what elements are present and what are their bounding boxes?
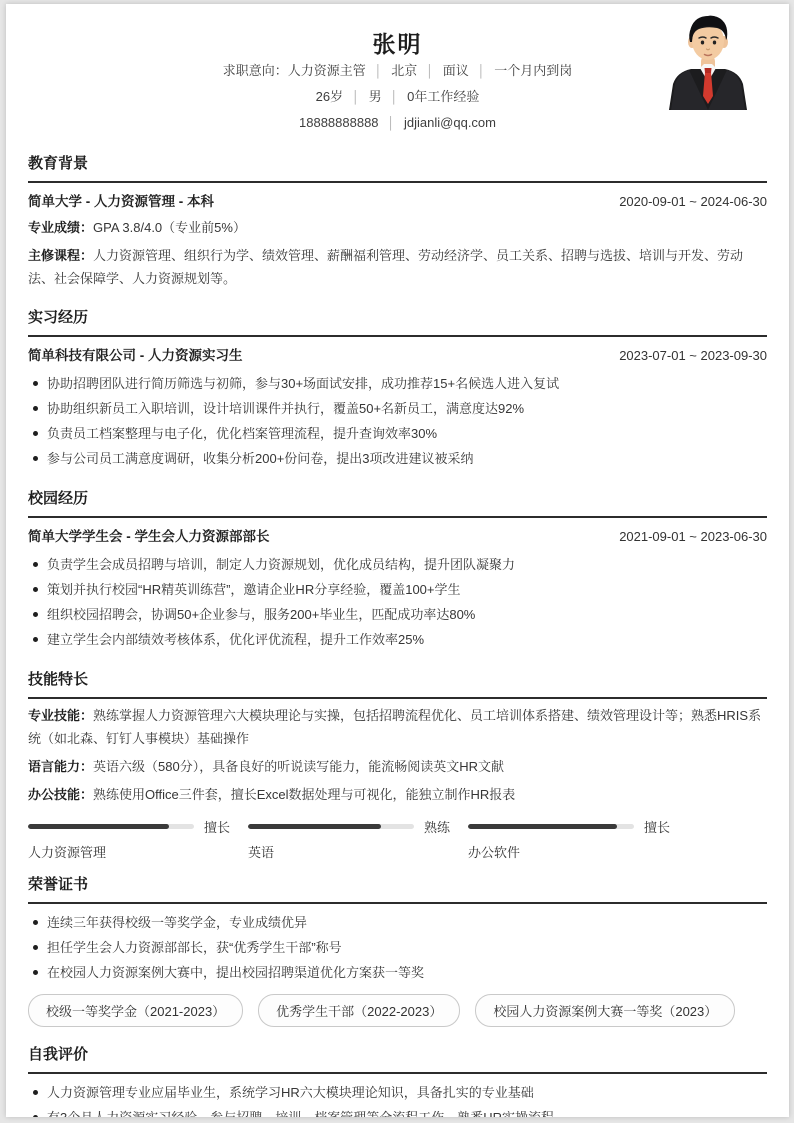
section-campus: 校园经历 简单大学学生会 - 学生会人力资源部部长 2021-09-01 ~ 2… bbox=[28, 489, 767, 652]
campus-bullet-list: 负责学生会成员招聘与培训，制定人力资源规划，优化成员结构，提升团队凝聚力 策划并… bbox=[28, 552, 767, 652]
skill-bar-track bbox=[468, 824, 634, 829]
section-education: 教育背景 简单大学 - 人力资源管理 - 本科 2020-09-01 ~ 202… bbox=[28, 154, 767, 290]
list-item: 建立学生会内部绩效考核体系，优化评优流程，提升工作效率25% bbox=[28, 627, 767, 652]
skill-bar-fill bbox=[28, 824, 169, 829]
skill-bar-office: 擅长 办公软件 bbox=[468, 818, 688, 861]
skill-level-label: 擅长 bbox=[204, 817, 230, 836]
skills-language-row: 语言能力：英语六级（580分），具备良好的听说读写能力，能流畅阅读英文HR文献 bbox=[28, 755, 767, 778]
job-intention-availability: 一个月内到岗 bbox=[494, 63, 572, 78]
job-intention-line: 求职意向：人力资源主管│北京│面议│一个月内到岗 bbox=[28, 58, 767, 84]
skills-language-text: 英语六级（580分），具备良好的听说读写能力，能流畅阅读英文HR文献 bbox=[93, 759, 504, 774]
education-entry-head: 简单大学 - 人力资源管理 - 本科 2020-09-01 ~ 2024-06-… bbox=[28, 193, 767, 211]
age: 26岁 bbox=[316, 89, 343, 104]
list-item: 连续三年获得校级一等奖学金，专业成绩优异 bbox=[28, 910, 767, 935]
candidate-name: 张明 bbox=[28, 31, 767, 58]
separator: │ bbox=[426, 64, 434, 78]
separator: │ bbox=[352, 90, 360, 104]
list-item: 在校园人力资源案例大赛中，提出校园招聘渠道优化方案获一等奖 bbox=[28, 960, 767, 985]
skills-office-label: 办公技能： bbox=[28, 787, 93, 802]
skill-bar-track bbox=[28, 824, 194, 829]
section-title-campus: 校园经历 bbox=[28, 489, 767, 518]
list-item: 负责员工档案整理与电子化，优化档案管理流程，提升查询效率30% bbox=[28, 421, 767, 446]
list-item: 策划并执行校园“HR精英训练营”，邀请企业HR分享经验，覆盖100+学生 bbox=[28, 577, 767, 602]
gender: 男 bbox=[369, 89, 382, 104]
skills-office-row: 办公技能：熟练使用Office三件套，擅长Excel数据处理与可视化，能独立制作… bbox=[28, 783, 767, 806]
education-gpa-value: GPA 3.8/4.0（专业前5%） bbox=[93, 220, 246, 235]
education-gpa-row: 专业成绩：GPA 3.8/4.0（专业前5%） bbox=[28, 216, 767, 239]
section-title-honors: 荣誉证书 bbox=[28, 875, 767, 904]
skill-level-label: 擅长 bbox=[644, 817, 670, 836]
section-title-skills: 技能特长 bbox=[28, 670, 767, 699]
job-intention-city: 北京 bbox=[391, 63, 417, 78]
internship-bullet-list: 协助招聘团队进行简历筛选与初筛，参与30+场面试安排，成功推荐15+名候选人进入… bbox=[28, 371, 767, 471]
skill-level-label: 熟练 bbox=[424, 817, 450, 836]
section-title-education: 教育背景 bbox=[28, 154, 767, 183]
list-item: 组织校园招聘会，协调50+企业参与，服务200+毕业生，匹配成功率达80% bbox=[28, 602, 767, 627]
list-item: 协助组织新员工入职培训，设计培训课件并执行，覆盖50+名新员工，满意度达92% bbox=[28, 396, 767, 421]
resume-page: 张明 求职意向：人力资源主管│北京│面议│一个月内到岗 26岁│男│0年工作经验… bbox=[6, 4, 789, 1117]
education-courses-label: 主修课程： bbox=[28, 248, 93, 263]
campus-entry-date: 2021-09-01 ~ 2023-06-30 bbox=[619, 528, 767, 546]
skill-name: 人力资源管理 bbox=[28, 842, 248, 861]
education-entry-date: 2020-09-01 ~ 2024-06-30 bbox=[619, 193, 767, 211]
education-courses-value: 人力资源管理、组织行为学、绩效管理、薪酬福利管理、劳动经济学、员工关系、招聘与选… bbox=[28, 248, 743, 286]
list-item: 参与公司员工满意度调研，收集分析200+份问卷，提出3项改进建议被采纳 bbox=[28, 446, 767, 471]
honor-badge: 校级一等奖学金（2021-2023） bbox=[28, 994, 243, 1027]
separator: │ bbox=[391, 90, 399, 104]
job-intention-label: 求职意向： bbox=[223, 63, 288, 78]
list-item: 协助招聘团队进行简历筛选与初筛，参与30+场面试安排，成功推荐15+名候选人进入… bbox=[28, 371, 767, 396]
skill-bar-row: 熟练 bbox=[248, 818, 468, 834]
campus-entry-head: 简单大学学生会 - 学生会人力资源部部长 2021-09-01 ~ 2023-0… bbox=[28, 528, 767, 546]
section-self-evaluation: 自我评价 人力资源管理专业应届毕业生，系统学习HR六大模块理论知识，具备扎实的专… bbox=[28, 1045, 767, 1117]
skill-bar-row: 擅长 bbox=[28, 818, 248, 834]
campus-entry-title: 简单大学学生会 - 学生会人力资源部部长 bbox=[28, 528, 270, 546]
list-item: 人力资源管理专业应届毕业生，系统学习HR六大模块理论知识，具备扎实的专业基础 bbox=[28, 1080, 767, 1105]
separator: │ bbox=[478, 64, 486, 78]
section-internship: 实习经历 简单科技有限公司 - 人力资源实习生 2023-07-01 ~ 202… bbox=[28, 308, 767, 471]
list-item: 担任学生会人力资源部部长，获“优秀学生干部”称号 bbox=[28, 935, 767, 960]
job-intention-position: 人力资源主管 bbox=[288, 63, 366, 78]
education-entry-title: 简单大学 - 人力资源管理 - 本科 bbox=[28, 193, 214, 211]
education-gpa-label: 专业成绩： bbox=[28, 220, 93, 235]
personal-info-line: 26岁│男│0年工作经验 bbox=[28, 84, 767, 110]
skill-bar-fill bbox=[468, 824, 617, 829]
skills-language-label: 语言能力： bbox=[28, 759, 93, 774]
section-skills: 技能特长 专业技能：熟练掌握人力资源管理六大模块理论与实操，包括招聘流程优化、员… bbox=[28, 670, 767, 861]
skill-bar-hr: 擅长 人力资源管理 bbox=[28, 818, 248, 861]
skill-name: 办公软件 bbox=[468, 842, 688, 861]
separator: │ bbox=[375, 64, 383, 78]
skill-bar-track bbox=[248, 824, 414, 829]
skill-name: 英语 bbox=[248, 842, 468, 861]
internship-entry-title: 简单科技有限公司 - 人力资源实习生 bbox=[28, 347, 243, 365]
section-honors: 荣誉证书 连续三年获得校级一等奖学金，专业成绩优异 担任学生会人力资源部部长，获… bbox=[28, 875, 767, 1027]
evaluation-bullet-list: 人力资源管理专业应届毕业生，系统学习HR六大模块理论知识，具备扎实的专业基础 有… bbox=[28, 1080, 767, 1117]
internship-entry-head: 简单科技有限公司 - 人力资源实习生 2023-07-01 ~ 2023-09-… bbox=[28, 347, 767, 365]
resume-header: 张明 求职意向：人力资源主管│北京│面议│一个月内到岗 26岁│男│0年工作经验… bbox=[28, 4, 767, 136]
honor-badge: 校园人力资源案例大赛一等奖（2023） bbox=[475, 994, 735, 1027]
skills-office-text: 熟练使用Office三件套，擅长Excel数据处理与可视化，能独立制作HR报表 bbox=[93, 787, 515, 802]
section-title-self-evaluation: 自我评价 bbox=[28, 1045, 767, 1074]
skills-professional-text: 熟练掌握人力资源管理六大模块理论与实操，包括招聘流程优化、员工培训体系搭建、绩效… bbox=[28, 708, 761, 746]
skill-bar-row: 擅长 bbox=[468, 818, 688, 834]
portrait-photo bbox=[659, 4, 757, 110]
work-experience: 0年工作经验 bbox=[407, 89, 479, 104]
skill-bars: 擅长 人力资源管理 熟练 英语 擅长 办公软件 bbox=[28, 818, 767, 861]
skill-bar-fill bbox=[248, 824, 381, 829]
section-title-internship: 实习经历 bbox=[28, 308, 767, 337]
internship-entry-date: 2023-07-01 ~ 2023-09-30 bbox=[619, 347, 767, 365]
phone-number: 18888888888 bbox=[299, 115, 379, 130]
list-item: 有3个月人力资源实习经验，参与招聘、培训、档案管理等全流程工作，熟悉HR实操流程 bbox=[28, 1105, 767, 1117]
skill-bar-english: 熟练 英语 bbox=[248, 818, 468, 861]
honor-badges: 校级一等奖学金（2021-2023） 优秀学生干部（2022-2023） 校园人… bbox=[28, 994, 767, 1027]
skills-professional-label: 专业技能： bbox=[28, 708, 93, 723]
skills-professional-row: 专业技能：熟练掌握人力资源管理六大模块理论与实操，包括招聘流程优化、员工培训体系… bbox=[28, 704, 767, 750]
education-courses-row: 主修课程：人力资源管理、组织行为学、绩效管理、薪酬福利管理、劳动经济学、员工关系… bbox=[28, 244, 767, 290]
list-item: 负责学生会成员招聘与培训，制定人力资源规划，优化成员结构，提升团队凝聚力 bbox=[28, 552, 767, 577]
email-address: jdjianli@qq.com bbox=[404, 115, 496, 130]
separator: │ bbox=[388, 116, 396, 130]
job-intention-salary: 面议 bbox=[443, 63, 469, 78]
honors-bullet-list: 连续三年获得校级一等奖学金，专业成绩优异 担任学生会人力资源部部长，获“优秀学生… bbox=[28, 910, 767, 985]
honor-badge: 优秀学生干部（2022-2023） bbox=[258, 994, 460, 1027]
contact-line: 18888888888│jdjianli@qq.com bbox=[28, 110, 767, 136]
